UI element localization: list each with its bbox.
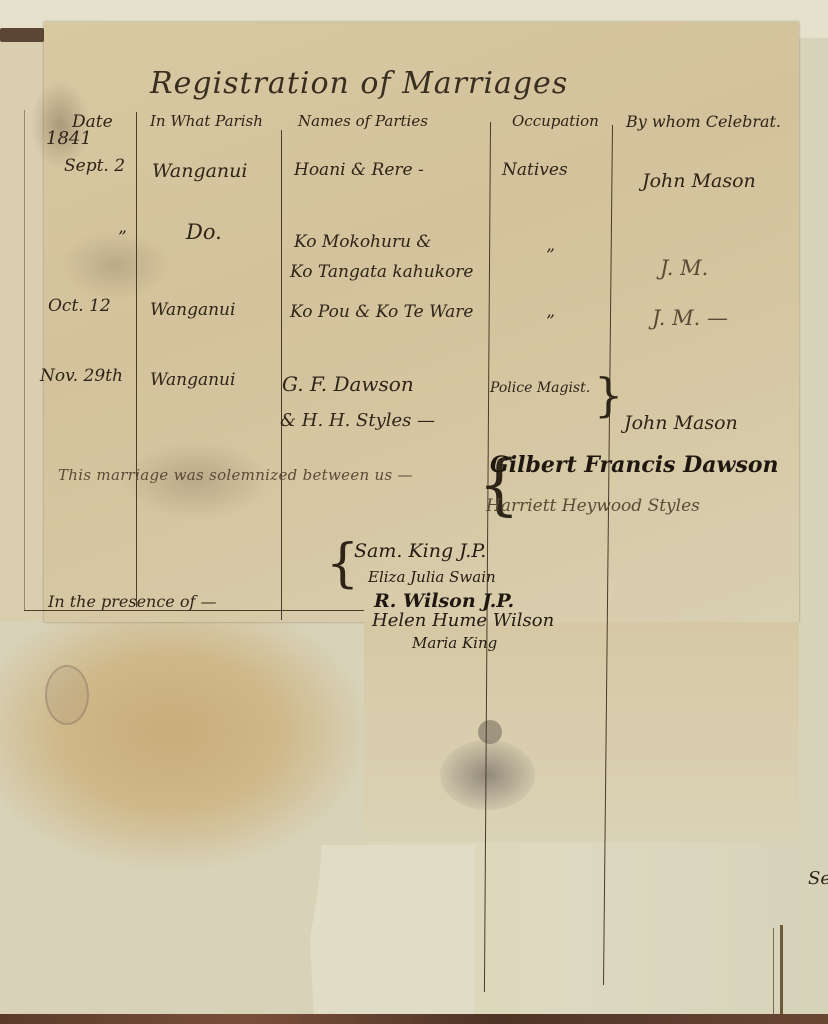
entry-year: 1841 <box>46 128 92 149</box>
presence-statement: In the presence of — <box>48 592 217 611</box>
witness-signature: Eliza Julia Swain <box>368 568 496 586</box>
entry-parties: G. F. Dawson <box>282 372 414 396</box>
foxing-stain <box>60 230 170 300</box>
witness-signature: R. Wilson J.P. <box>374 590 514 612</box>
entry-parties: Ko Mokohuru & <box>294 232 432 252</box>
entry-occupation: ” <box>546 312 555 332</box>
brace-glyph: } <box>594 368 623 422</box>
entry-parties: Ko Tangata kahukore <box>290 262 473 282</box>
stain-ring <box>45 665 89 725</box>
entry-parish: Wanganui <box>150 300 235 320</box>
binding-edge <box>773 928 774 1020</box>
entry-parties: Hoani & Rere - <box>294 160 424 180</box>
entry-celebrant: J. M. <box>660 256 708 280</box>
column-header-parish: In What Parish <box>150 112 263 130</box>
document-title: Registration of Marriages <box>150 66 568 101</box>
entry-parties: & H. H. Styles — <box>280 410 435 431</box>
ink-blot <box>440 740 535 810</box>
entry-date: Oct. 12 <box>48 296 111 316</box>
witness-signature: Helen Hume Wilson <box>372 610 554 631</box>
book-cover-edge <box>0 1014 828 1024</box>
binding-tab-left <box>0 28 44 42</box>
column-header-parties: Names of Parties <box>298 112 428 130</box>
entry-parties: Ko Pou & Ko Te Ware <box>290 302 473 322</box>
ink-blot-small <box>478 720 502 744</box>
entry-occupation: Police Magist. <box>490 380 590 396</box>
torn-paper-slip <box>305 845 475 1014</box>
entry-parish: Wanganui <box>152 160 247 182</box>
register-sheet-extension <box>364 622 799 842</box>
entry-celebrant: John Mason <box>642 170 756 192</box>
witness-signature: Maria King <box>412 634 497 652</box>
signature-groom: Gilbert Francis Dawson <box>490 452 779 478</box>
entry-date: Sept. 2 <box>64 156 125 176</box>
entry-parish: Wanganui <box>150 370 235 390</box>
entry-occupation: Natives <box>502 160 568 180</box>
entry-parish: Do. <box>186 220 222 244</box>
column-header-celebrant: By whom Celebrat. <box>626 112 781 131</box>
entry-celebrant: John Mason <box>624 412 738 434</box>
signature-bride: Harriett Heywood Styles <box>486 496 700 516</box>
margin-note: Se <box>808 868 828 889</box>
entry-occupation: ” <box>546 246 555 266</box>
solemnized-statement: This marriage was solemnized between us … <box>58 466 413 484</box>
column-rule <box>136 112 137 607</box>
entry-celebrant: J. M. — <box>652 306 728 330</box>
binding-edge <box>780 925 783 1020</box>
entry-date: ” <box>118 228 127 248</box>
column-header-occupation: Occupation <box>512 112 599 130</box>
entry-date: Nov. 29th <box>40 366 123 386</box>
witness-signature: Sam. King J.P. <box>354 540 486 562</box>
